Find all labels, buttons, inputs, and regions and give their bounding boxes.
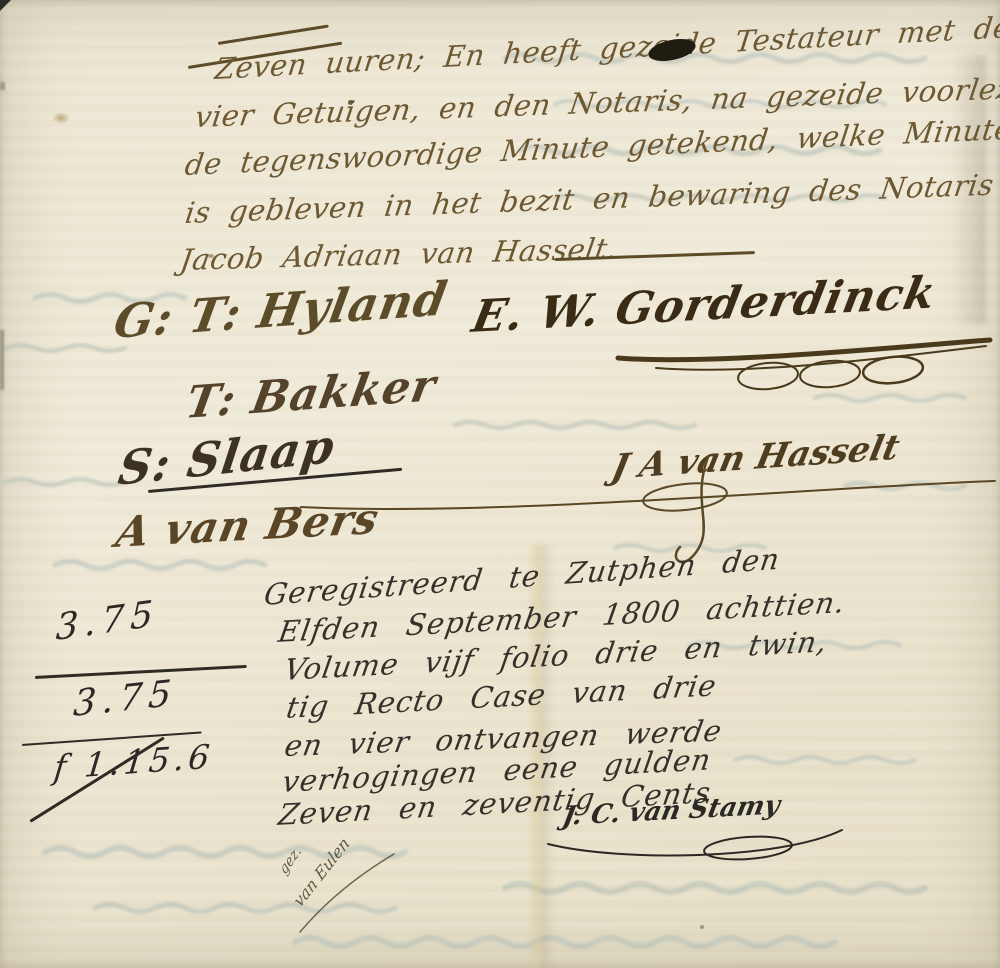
edge-smudge bbox=[0, 82, 5, 90]
margin-amount-1: 3.75 bbox=[55, 593, 160, 649]
signature-witness-vanbers: A van Bers bbox=[112, 494, 383, 557]
manuscript-line: is gebleven in het bezit en bewaring des… bbox=[183, 168, 996, 230]
paraph-word-1: gez. bbox=[277, 843, 305, 878]
margin-total: f 1.15.6 bbox=[52, 736, 215, 787]
edge-smudge bbox=[0, 330, 4, 390]
scanned-document-page: Zeven uuren; En heeft gezeide Testateur … bbox=[0, 0, 1000, 968]
manuscript-line: Jacob Adriaan van Hasselt. bbox=[178, 231, 620, 277]
margin-amount-2: 3.75 bbox=[72, 673, 178, 725]
signature-notary-vanhasselt: J A van Hasselt bbox=[608, 427, 903, 488]
manuscript-line: Zeven uuren; En heeft gezeide Testateur … bbox=[213, 10, 1000, 86]
ink-speck bbox=[700, 925, 704, 929]
paraph-word-2: van Eulen bbox=[290, 833, 353, 911]
signature-flourish bbox=[598, 330, 998, 396]
signature-witness-bakker: T: Bakker bbox=[182, 360, 440, 429]
paper-stain bbox=[52, 112, 70, 124]
signature-witness-hyland: G: T: Hyland bbox=[110, 271, 452, 349]
scan-corner-mark bbox=[0, 0, 11, 11]
opening-dash bbox=[218, 24, 329, 44]
signature-testator-gorderdinck: E. W. Gorderdinck bbox=[468, 267, 941, 343]
